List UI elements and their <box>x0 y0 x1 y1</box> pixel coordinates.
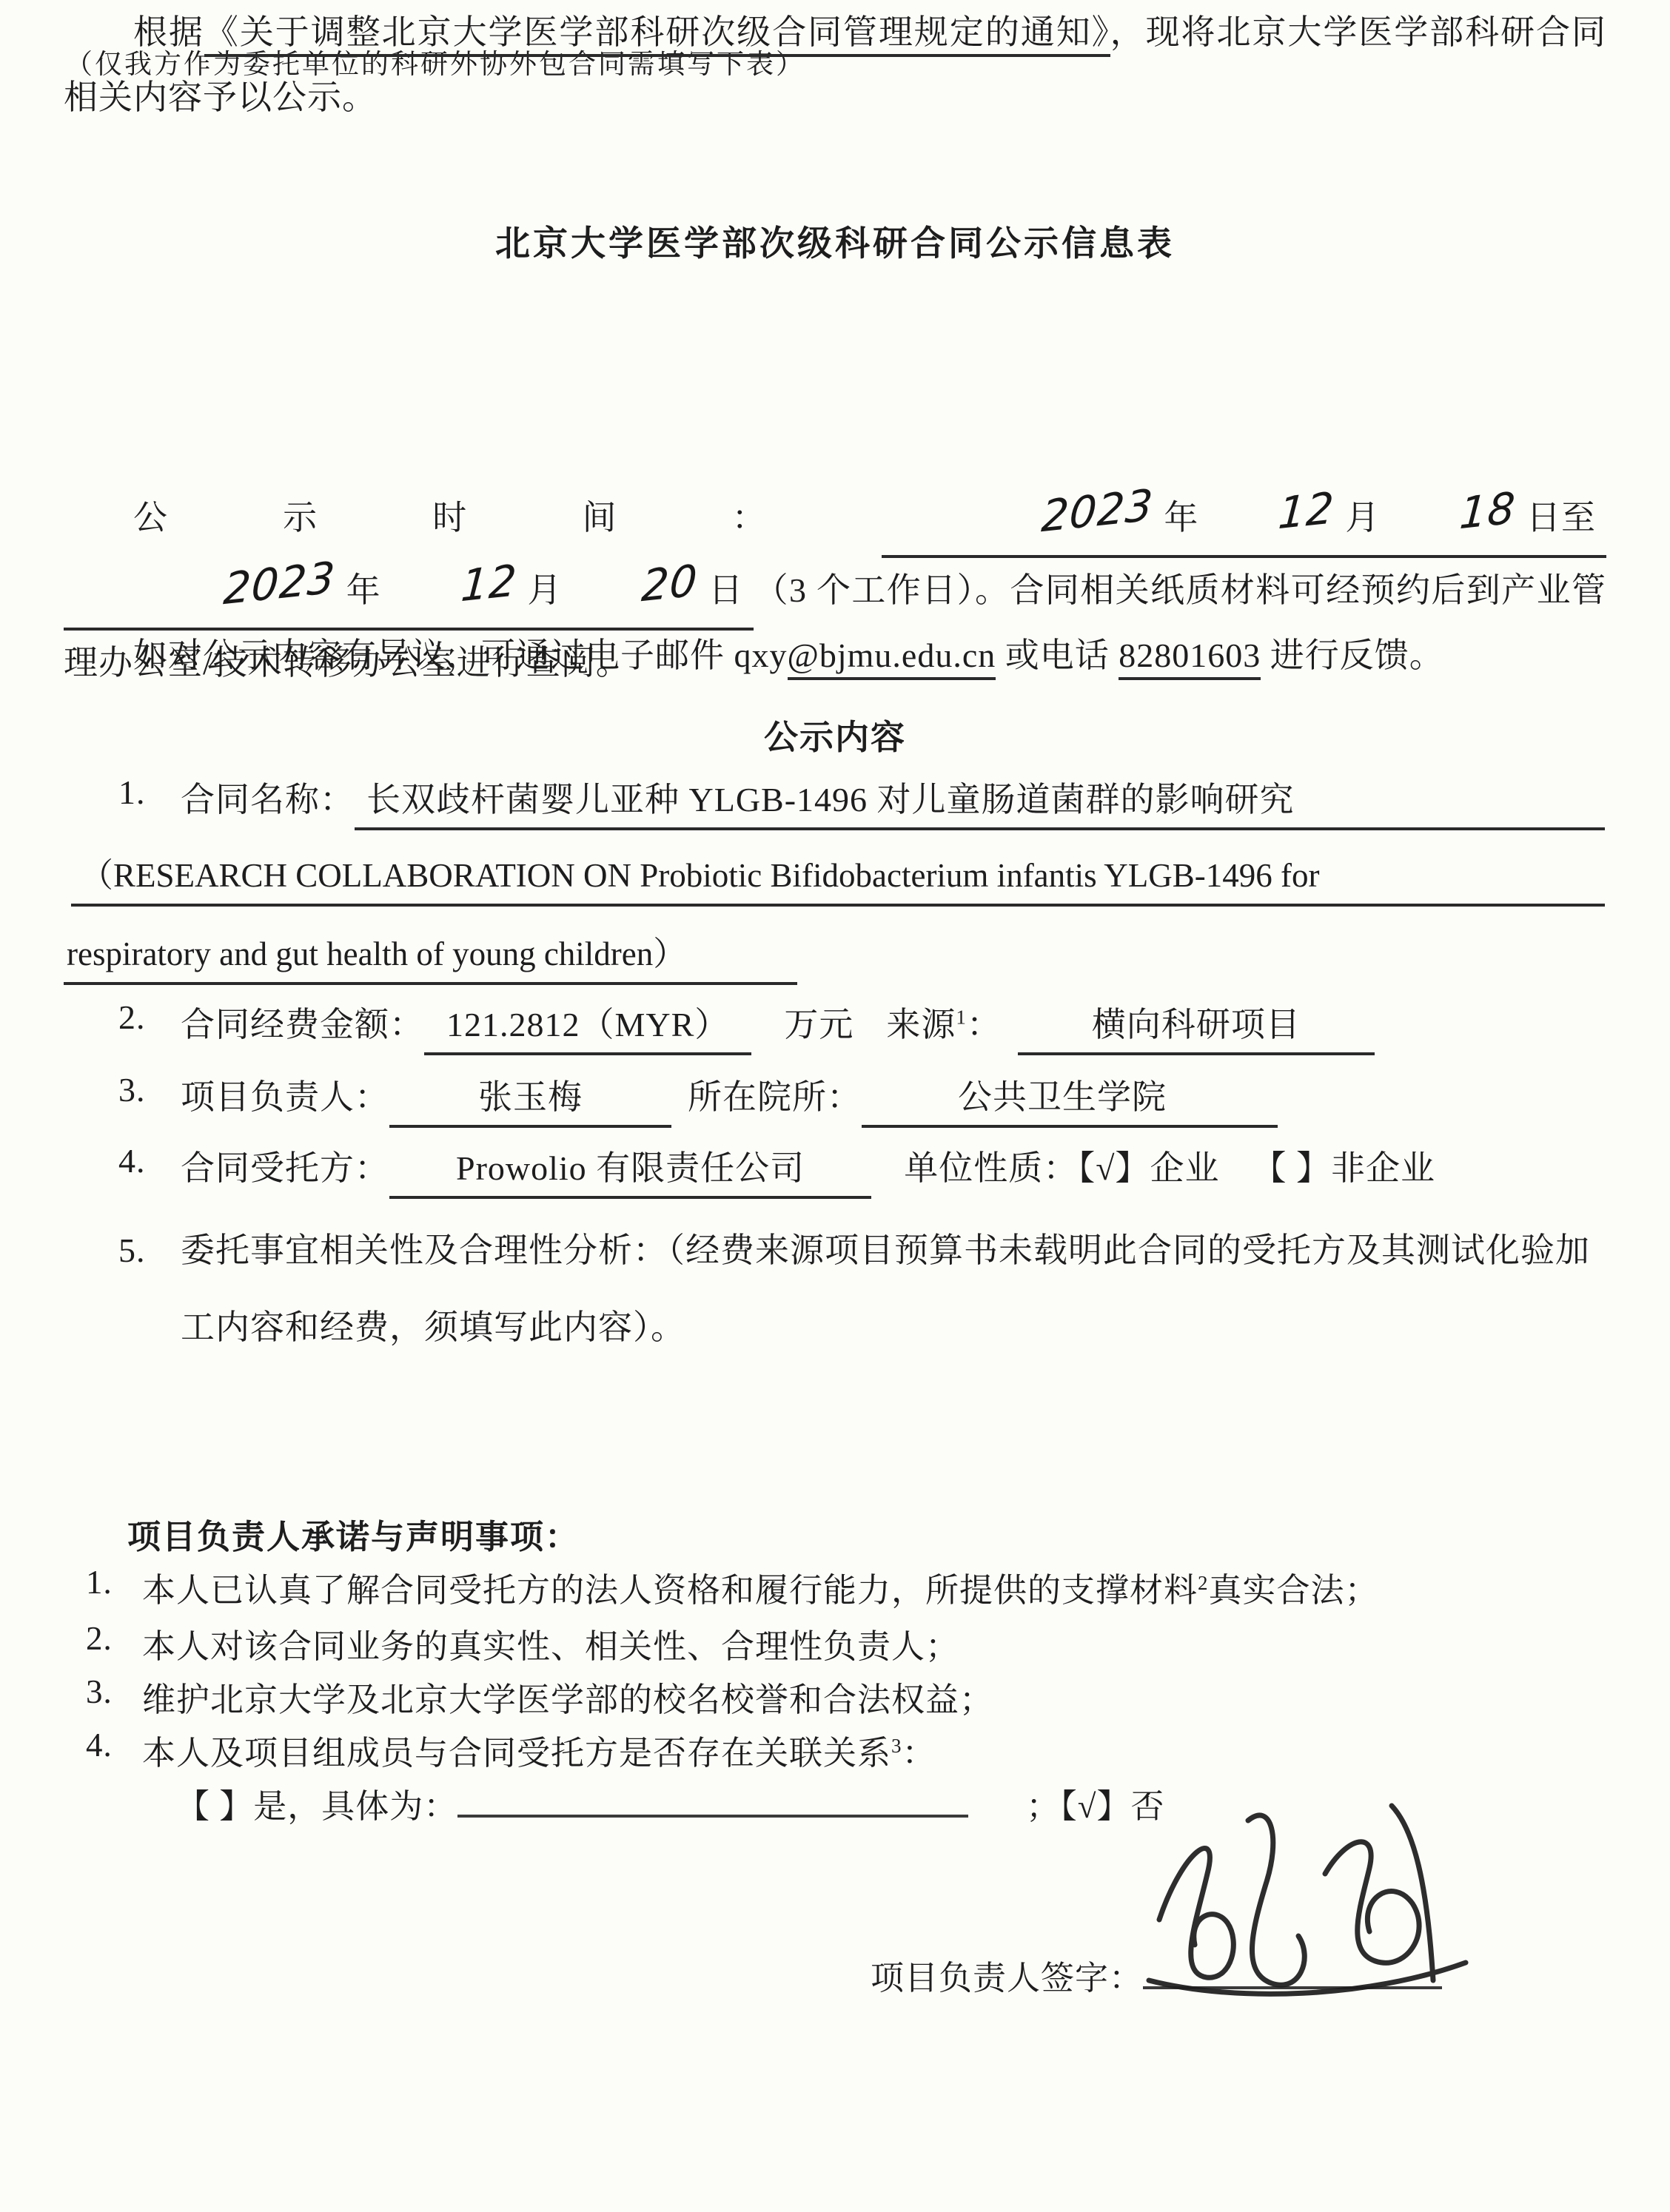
source-colon: ： <box>967 1006 1002 1043</box>
item-number: 2. <box>86 1619 142 1667</box>
commitment-text-after: ： <box>902 1735 936 1772</box>
end-year-handwriting: 2023 <box>153 562 336 611</box>
non-enterprise-checkbox: 【 】非企业 <box>1252 1149 1435 1187</box>
contract-name-item: 1. 合同名称： 长双歧杆菌婴儿亚种 YLGB-1496 对儿童肠道菌群的影响研… <box>118 773 1605 830</box>
item-number: 3. <box>86 1673 142 1721</box>
phone-number: 82801603 <box>1119 636 1261 680</box>
feedback-lead: 如对公示内容有异议，可通过电子邮件 <box>133 636 734 674</box>
intro-paragraph: 根据《关于调整北京大学医学部科研次级合同管理规定的通知》，现将北京大学医学部科研… <box>64 0 1606 130</box>
analysis-text: 委托事宜相关性及合理性分析：（经费来源项目预算书未载明此合同的受托方及其测试化验… <box>181 1212 1605 1366</box>
feedback-mid: 或电话 <box>996 636 1119 674</box>
leader-name-value: 张玉梅 <box>389 1070 671 1128</box>
department-label: 所在院所： <box>688 1078 862 1116</box>
signature-handwriting <box>1131 1786 1479 2031</box>
commitment-text-before: 本人已认真了解合同受托方的法人资格和履行能力，所提供的支撑材料 <box>142 1572 1198 1609</box>
relation-detail-blank <box>457 1779 968 1818</box>
signature-label: 项目负责人签字： <box>871 1960 1143 1997</box>
leader-item: 3. 项目负责人：张玉梅所在院所：公共卫生学院 <box>118 1070 1605 1128</box>
item-number: 3. <box>118 1070 181 1128</box>
english-title-line-2: respiratory and gut health of young chil… <box>64 927 797 985</box>
feedback-paragraph: 如对公示内容有异议，可通过电子邮件 qxy@bjmu.edu.cn 或电话 82… <box>64 623 1606 688</box>
feedback-tail: 进行反馈。 <box>1261 636 1444 674</box>
item-number: 1. <box>86 1563 142 1611</box>
end-day-handwriting: 20 <box>571 565 699 608</box>
footnote-sup: 2 <box>1198 1572 1209 1594</box>
contract-name-label: 合同名称： <box>181 773 355 821</box>
non-enterprise-checkbox-label: 非企业 <box>1331 1149 1435 1187</box>
funding-label: 合同经费金额： <box>181 1006 424 1043</box>
item-number: 1. <box>118 773 181 830</box>
contractor-label: 合同受托方： <box>181 1149 389 1187</box>
contract-name-value: 长双歧杆菌婴儿亚种 YLGB-1496 对儿童肠道菌群的影响研究 <box>355 773 1605 830</box>
enterprise-checkbox-mark: 【√】 <box>1078 1149 1150 1187</box>
publicity-end-date-field: 2023年12月20日 <box>64 558 754 631</box>
contractor-item: 4. 合同受托方：Prowolio 有限责任公司单位性质：【√】企业【 】非企业 <box>118 1141 1605 1199</box>
commitment-text-after: 真实合法； <box>1209 1572 1379 1609</box>
month-char-1: 月 <box>1345 499 1380 537</box>
relation-yes-checkbox-mark: 【 】 <box>176 1788 253 1825</box>
relation-no-checkbox-mark: 【√】 <box>1060 1788 1130 1825</box>
commitment-text: 本人对该合同业务的真实性、相关性、合理性负责人； <box>142 1619 959 1667</box>
enterprise-checkbox-label: 企业 <box>1150 1149 1219 1187</box>
email-domain: @bjmu.edu.cn <box>788 636 996 680</box>
start-year-handwriting: 2023 <box>971 490 1154 539</box>
commitment-item-1: 1. 本人已认真了解合同受托方的法人资格和履行能力，所提供的支撑材料2真实合法； <box>86 1563 1606 1611</box>
start-day-handwriting: 18 <box>1389 493 1517 536</box>
start-month-handwriting: 12 <box>1208 493 1335 536</box>
analysis-item: 5. 委托事宜相关性及合理性分析：（经费来源项目预算书未载明此合同的受托方及其测… <box>118 1212 1605 1366</box>
scanned-form-page: （仅我方作为委托单位的科研外协外包合同需填写下表） 北京大学医学部次级科研合同公… <box>0 0 1670 2212</box>
year-char-1: 年 <box>1164 499 1198 537</box>
commitment-text-before: 本人及项目组成员与合同受托方是否存在关联关系 <box>142 1735 891 1772</box>
item-number: 2. <box>118 998 181 1055</box>
funding-source-label: 来源1： <box>886 1006 1002 1043</box>
publicity-label: 公示时间： <box>133 499 882 537</box>
intro-lead: 根据 <box>133 13 204 51</box>
item-number: 5. <box>118 1212 181 1366</box>
commitment-text: 维护北京大学及北京大学医学部的校名校誉和合法权益； <box>142 1673 993 1721</box>
entity-type-label: 单位性质： <box>904 1149 1078 1187</box>
footnote-sup: 3 <box>891 1735 902 1757</box>
commitment-item-2: 2. 本人对该合同业务的真实性、相关性、合理性负责人； <box>86 1619 1606 1667</box>
source-label-text: 来源 <box>886 1006 956 1043</box>
commitment-item-4: 4. 本人及项目组成员与合同受托方是否存在关联关系3： <box>86 1726 1606 1774</box>
item-number: 4. <box>118 1141 181 1199</box>
enterprise-checkbox: 【√】企业 <box>1078 1149 1219 1187</box>
department-value: 公共卫生学院 <box>862 1070 1278 1128</box>
funding-item: 2. 合同经费金额：121.2812（MYR）万元来源1：横向科研项目 <box>118 998 1605 1055</box>
commitment-text: 本人及项目组成员与合同受托方是否存在关联关系3： <box>142 1726 936 1774</box>
relation-choice-line: 【 】是，具体为：；【√】否 <box>176 1779 1165 1827</box>
email-user: qxy <box>734 636 788 674</box>
leader-label: 项目负责人： <box>181 1078 389 1116</box>
funding-amount-value: 121.2812（MYR） <box>424 998 751 1055</box>
relation-separator: ； <box>1026 1788 1060 1825</box>
content-heading: 公示内容 <box>0 710 1670 759</box>
publicity-start-date-field: 2023年12月18日至 <box>882 485 1606 558</box>
month-char-2: 月 <box>527 571 562 609</box>
non-enterprise-checkbox-mark: 【 】 <box>1252 1149 1331 1187</box>
contractor-name-value: Prowolio 有限责任公司 <box>389 1141 871 1199</box>
funding-unit: 万元 <box>784 1006 854 1043</box>
year-char-2: 年 <box>346 571 381 609</box>
end-month-handwriting: 12 <box>391 565 518 608</box>
day-to-char: 日至 <box>1526 499 1596 537</box>
notice-title: 《关于调整北京大学医学部科研次级合同管理规定的通知》 <box>204 13 1110 57</box>
relation-yes-label: 是，具体为： <box>253 1788 457 1825</box>
item-number: 4. <box>86 1726 142 1774</box>
commitment-text: 本人已认真了解合同受托方的法人资格和履行能力，所提供的支撑材料2真实合法； <box>142 1563 1379 1611</box>
commitment-item-3: 3. 维护北京大学及北京大学医学部的校名校誉和合法权益； <box>86 1673 1606 1721</box>
day-char: 日 <box>708 571 743 609</box>
funding-source-value: 横向科研项目 <box>1018 998 1375 1055</box>
english-title-line-1: （RESEARCH COLLABORATION ON Probiotic Bif… <box>71 848 1605 907</box>
page-title: 北京大学医学部次级科研合同公示信息表 <box>0 216 1670 266</box>
commitment-heading: 项目负责人承诺与声明事项： <box>127 1510 580 1558</box>
source-footnote-sup: 1 <box>956 1006 967 1029</box>
